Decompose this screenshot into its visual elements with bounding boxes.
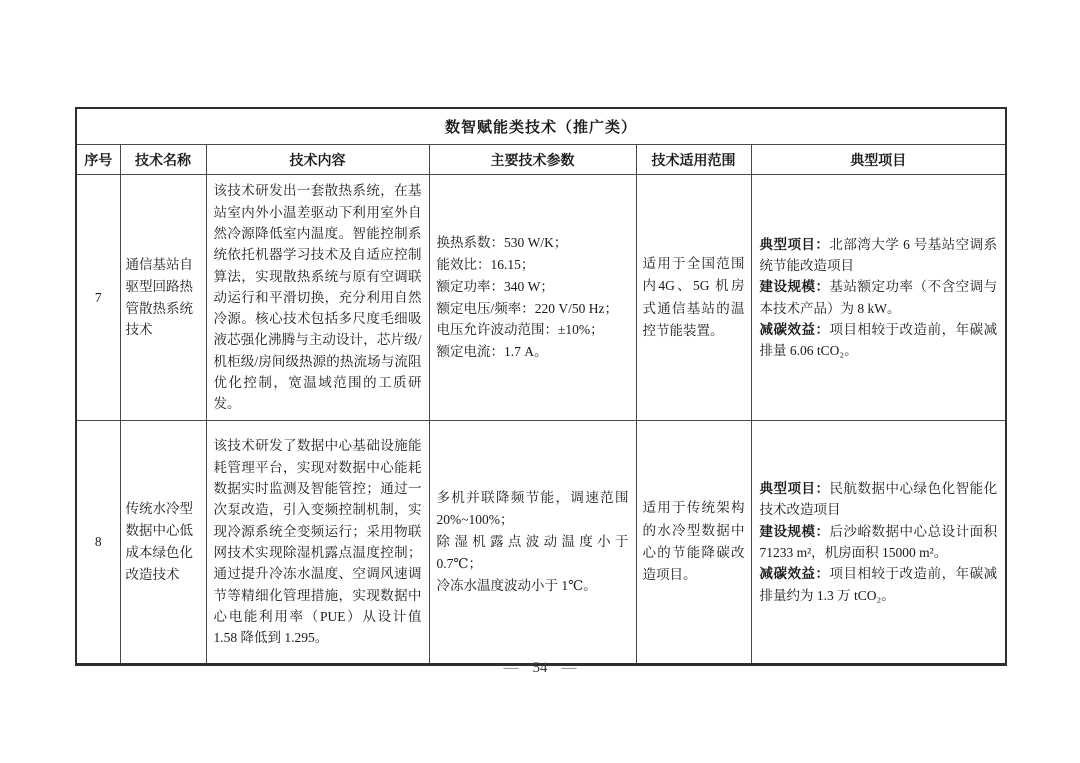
table-title: 数智赋能类技术（推广类）	[76, 108, 1006, 145]
col-header-name: 技术名称	[120, 145, 206, 175]
project-benefit-label: 减碳效益：	[760, 566, 830, 581]
page-number-dash-right: —	[548, 660, 591, 676]
table-row: 7 通信基站自驱型回路热管散热系统技术 该技术研发出一套散热系统，在基站室内外小…	[76, 175, 1006, 421]
cell-tech-scope: 适用于传统架构的水冷型数据中心的节能降碳改造项目。	[636, 421, 751, 665]
project-name-label: 典型项目：	[760, 237, 830, 252]
project-benefit-label: 减碳效益：	[760, 322, 830, 337]
page-number-value: 54	[533, 660, 548, 676]
cell-tech-name: 通信基站自驱型回路热管散热系统技术	[120, 175, 206, 421]
project-scale-line: 建设规模：基站额定功率（不含空调与本技术产品）为 8 kW。	[760, 276, 998, 319]
cell-typical-project: 典型项目：民航数据中心绿色化智能化技术改造项目 建设规模：后沙峪数据中心总设计面…	[751, 421, 1006, 665]
project-name-label: 典型项目：	[760, 481, 830, 496]
cell-tech-name: 传统水冷型数据中心低成本绿色化改造技术	[120, 421, 206, 665]
table-title-row: 数智赋能类技术（推广类）	[76, 108, 1006, 145]
project-benefit-line: 减碳效益：项目相较于改造前，年碳减排量约为 1.3 万 tCO₂。	[760, 563, 998, 606]
col-header-params: 主要技术参数	[429, 145, 636, 175]
table-header-row: 序号 技术名称 技术内容 主要技术参数 技术适用范围 典型项目	[76, 145, 1006, 175]
cell-tech-params: 多机并联降频节能，调速范围 20%~100%； 除湿机露点波动温度小于 0.7℃…	[429, 421, 636, 665]
project-benefit-line: 减碳效益：项目相较于改造前，年碳减排量 6.06 tCO₂。	[760, 319, 998, 362]
project-name-line: 典型项目：民航数据中心绿色化智能化技术改造项目	[760, 478, 998, 521]
project-scale-label: 建设规模：	[760, 524, 830, 539]
col-header-scope: 技术适用范围	[636, 145, 751, 175]
cell-tech-params: 换热系数：530 W/K； 能效比：16.15； 额定功率：340 W； 额定电…	[429, 175, 636, 421]
col-header-content: 技术内容	[206, 145, 429, 175]
table-row: 8 传统水冷型数据中心低成本绿色化改造技术 该技术研发了数据中心基础设施能耗管理…	[76, 421, 1006, 665]
cell-tech-content: 该技术研发出一套散热系统，在基站室内外小温差驱动下利用室外自然冷源降低室内温度。…	[206, 175, 429, 421]
technology-catalog-table: 数智赋能类技术（推广类） 序号 技术名称 技术内容 主要技术参数 技术适用范围 …	[75, 107, 1007, 666]
cell-typical-project: 典型项目：北部湾大学 6 号基站空调系统节能改造项目 建设规模：基站额定功率（不…	[751, 175, 1006, 421]
cell-serial-number: 8	[76, 421, 120, 665]
col-header-project: 典型项目	[751, 145, 1006, 175]
cell-serial-number: 7	[76, 175, 120, 421]
project-scale-line: 建设规模：后沙峪数据中心总设计面积 71233 m²，机房面积 15000 m²…	[760, 521, 998, 564]
project-name-line: 典型项目：北部湾大学 6 号基站空调系统节能改造项目	[760, 234, 998, 277]
page-number: —54—	[0, 660, 1080, 677]
cell-tech-scope: 适用于全国范围内4G、5G 机房式通信基站的温控节能装置。	[636, 175, 751, 421]
project-scale-label: 建设规模：	[760, 279, 830, 294]
page-number-dash-left: —	[490, 660, 533, 676]
cell-tech-content: 该技术研发了数据中心基础设施能耗管理平台，实现对数据中心能耗数据实时监测及智能管…	[206, 421, 429, 665]
document-page: 数智赋能类技术（推广类） 序号 技术名称 技术内容 主要技术参数 技术适用范围 …	[0, 0, 1080, 763]
col-header-serial: 序号	[76, 145, 120, 175]
